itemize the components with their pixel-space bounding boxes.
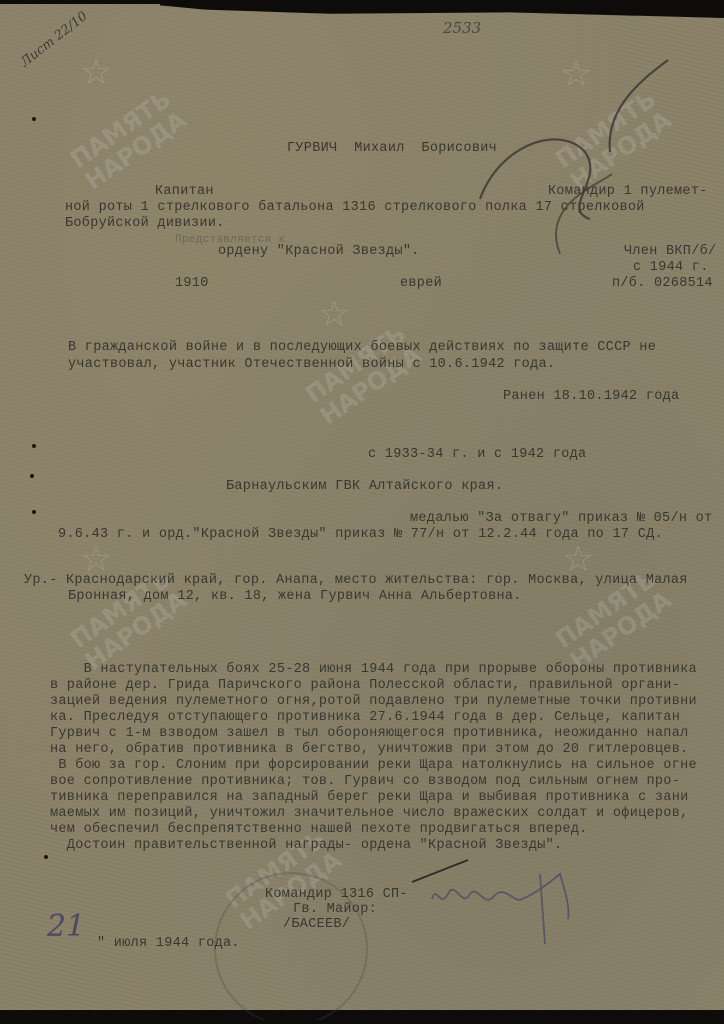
resolution-mark	[480, 60, 668, 219]
signature-stroke	[432, 874, 569, 944]
handwriting-overlay	[0, 4, 724, 1020]
resolution-mark-stroke	[556, 174, 612, 254]
signature-stroke	[412, 860, 468, 882]
award-sheet-page: ☆ ☆ ☆ ☆ ☆ ПАМЯТЬ НАРОДА ПАМЯТЬ НАРОДА ПА…	[0, 4, 724, 1020]
